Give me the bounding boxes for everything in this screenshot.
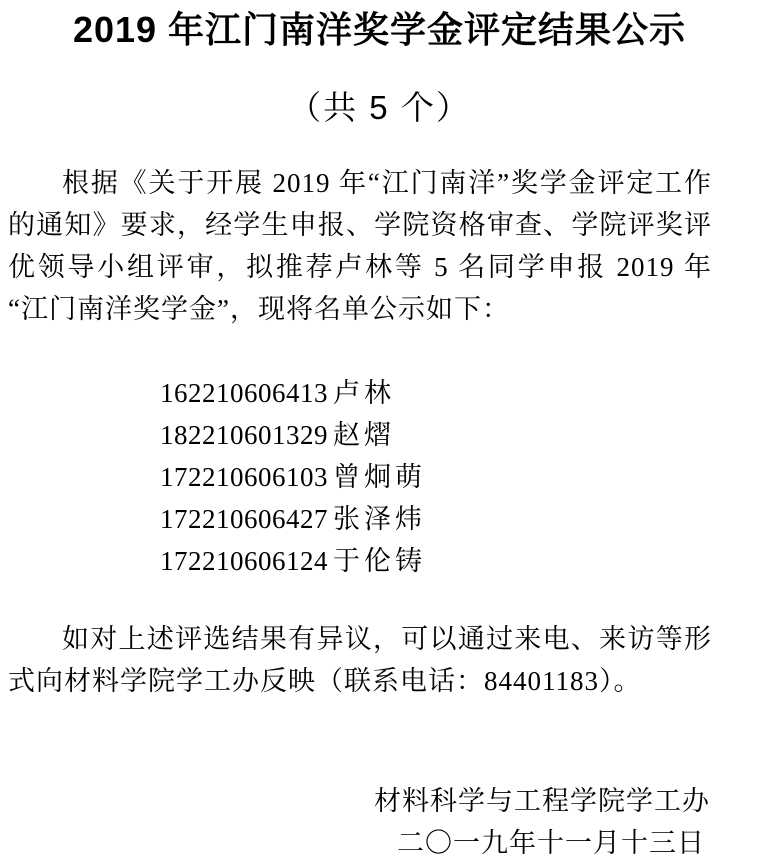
signature-office: 材料科学与工程学院学工办 (0, 780, 710, 822)
signature-block: 材料科学与工程学院学工办 二〇一九年十一月十三日 (0, 780, 759, 864)
awardee-row: 182210601329 赵熠 (160, 414, 759, 456)
student-name: 赵熠 (333, 414, 395, 456)
student-name: 于伦铸 (333, 540, 426, 582)
student-id: 172210606124 (160, 540, 333, 582)
document-subtitle: （共 5 个） (0, 88, 759, 128)
awardee-row: 172210606124 于伦铸 (160, 540, 759, 582)
awardee-list: 162210606413 卢林 182210601329 赵熠 17221060… (160, 372, 759, 582)
student-name: 曾炯萌 (333, 456, 426, 498)
signature-date: 二〇一九年十一月十三日 (0, 822, 710, 864)
awardee-row: 162210606413 卢林 (160, 372, 759, 414)
student-name: 张泽炜 (333, 498, 426, 540)
student-id: 162210606413 (160, 372, 333, 414)
student-id: 182210601329 (160, 414, 333, 456)
objection-paragraph: 如对上述评选结果有异议，可以通过来电、来访等形式向材料学院学工办反映（联系电话：… (0, 618, 759, 702)
awardee-row: 172210606427 张泽炜 (160, 498, 759, 540)
student-id: 172210606427 (160, 498, 333, 540)
document-title: 2019 年江门南洋奖学金评定结果公示 (0, 0, 759, 52)
announcement-document: 2019 年江门南洋奖学金评定结果公示 （共 5 个） 根据《关于开展 2019… (0, 0, 759, 867)
awardee-row: 172210606103 曾炯萌 (160, 456, 759, 498)
student-name: 卢林 (333, 372, 395, 414)
intro-paragraph: 根据《关于开展 2019 年“江门南洋”奖学金评定工作的通知》要求，经学生申报、… (0, 162, 759, 330)
student-id: 172210606103 (160, 456, 333, 498)
